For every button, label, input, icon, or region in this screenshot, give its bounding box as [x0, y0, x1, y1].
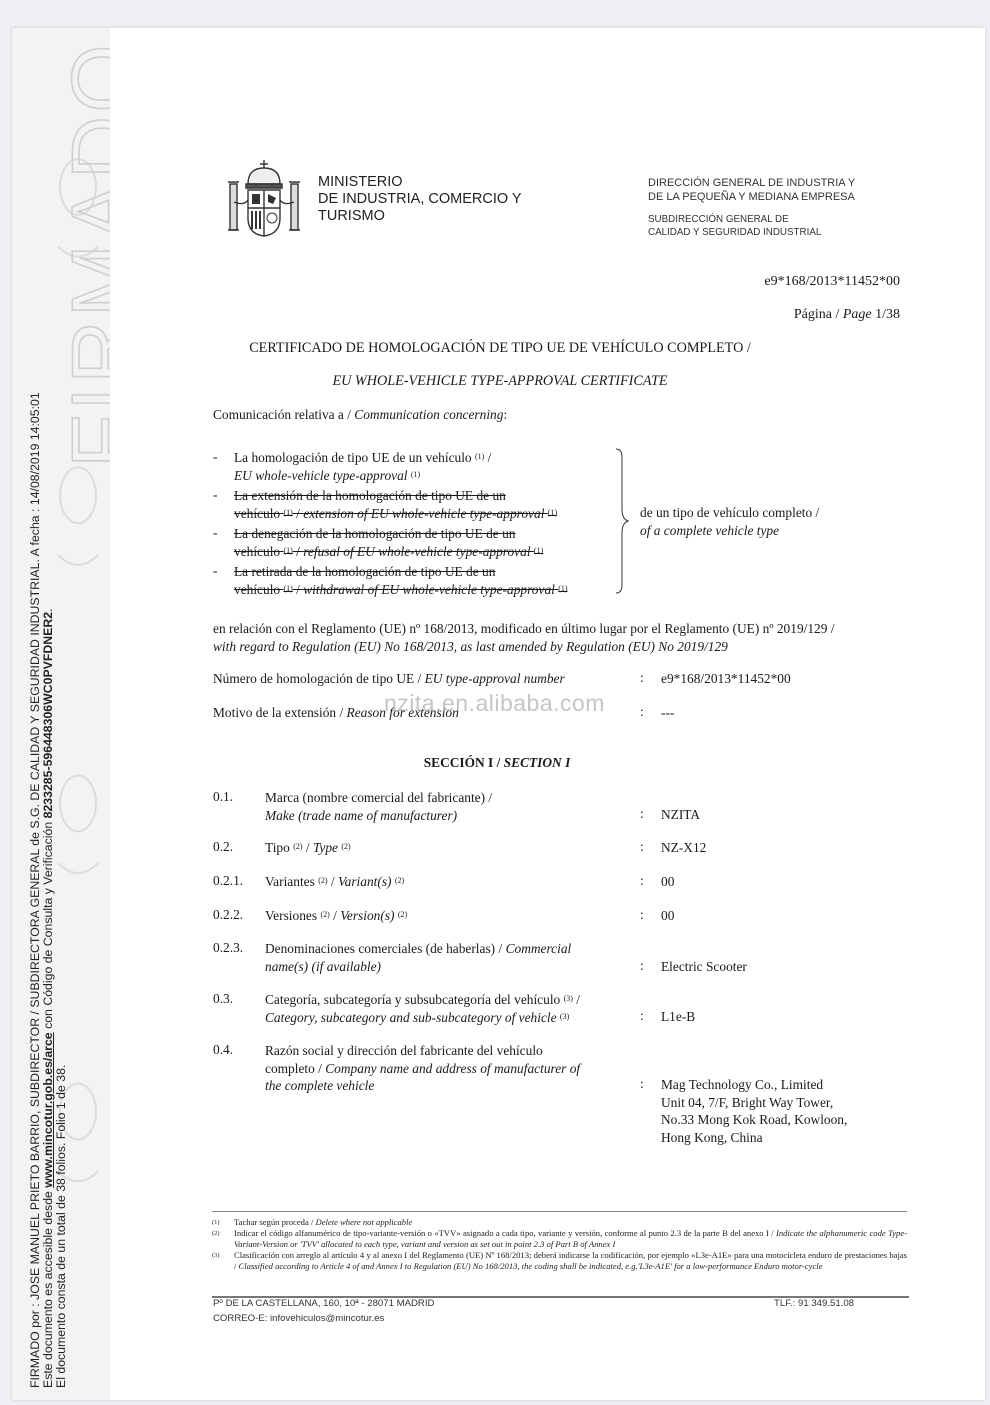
- footnote-2: (2)Indicar el código alfanumérico de tip…: [212, 1228, 907, 1250]
- option-withdrawal-struck: La retirada de la homologación de tipo U…: [234, 563, 568, 598]
- colon: :: [640, 670, 644, 686]
- footer-email: CORREO-E: infovehiculos@mincotur.es: [213, 1313, 384, 1324]
- item-number: 0.3.: [213, 991, 233, 1007]
- item-category-label: Categoría, subcategoría y subsubcategorí…: [265, 991, 625, 1026]
- colon: :: [640, 839, 644, 855]
- item-make-value: NZITA: [661, 806, 700, 824]
- certificate-title-es: CERTIFICADO DE HOMOLOGACIÓN DE TIPO UE D…: [0, 340, 990, 357]
- extension-reason-value: ---: [661, 704, 674, 722]
- item-variants-value: 00: [661, 873, 674, 891]
- verification-code: 8233285-596448306WC0PVFDNER2: [41, 612, 55, 818]
- footnote-divider: [212, 1211, 907, 1212]
- colon: :: [640, 907, 644, 923]
- footnote-3: (3)Clasificación con arreglo al artículo…: [212, 1250, 907, 1272]
- page-number: Página / Page 1/38: [794, 307, 900, 323]
- item-make-label: Marca (nombre comercial del fabricante) …: [265, 789, 625, 824]
- list-dash: -: [213, 563, 217, 579]
- item-number: 0.4.: [213, 1042, 233, 1058]
- list-dash: -: [213, 487, 217, 503]
- firmado-watermark: FIRMADO: [52, 41, 110, 468]
- colon: :: [640, 704, 644, 720]
- verification-link[interactable]: www.mincotur.gob.es/arce: [41, 1032, 55, 1187]
- reference-number: e9*168/2013*11452*00: [764, 274, 900, 290]
- item-number: 0.2.: [213, 839, 233, 855]
- ministry-name: MINISTERIODE INDUSTRIA, COMERCIO YTURISM…: [318, 174, 522, 225]
- item-commercial-name-value: Electric Scooter: [661, 958, 747, 976]
- colon: :: [640, 1076, 644, 1092]
- item-manufacturer-value: Mag Technology Co., LimitedUnit 04, 7/F,…: [661, 1076, 847, 1146]
- item-type-label: Tipo (2) / Type (2): [265, 839, 625, 857]
- signature-strip: FIRMADO FIRMADO por : JOSE MANUEL PRIETO…: [12, 28, 110, 1400]
- item-commercial-name-label: Denominaciones comerciales (de haberlas)…: [265, 940, 625, 975]
- regulation-statement: en relación con el Reglamento (UE) nº 16…: [213, 620, 835, 655]
- list-dash: -: [213, 525, 217, 541]
- list-dash: -: [213, 449, 217, 465]
- alibaba-watermark: nzita.en.alibaba.com: [384, 690, 605, 717]
- signature-line-3: El documento consta de un total de 38 fo…: [55, 1065, 68, 1388]
- item-number: 0.2.3.: [213, 940, 243, 956]
- colon: :: [640, 806, 644, 822]
- footer-phone: TLF.: 91 349.51.08: [774, 1298, 854, 1309]
- footnote-1: (1)Tachar según proceda / Delete where n…: [212, 1217, 907, 1228]
- document-page: FIRMADO FIRMADO por : JOSE MANUEL PRIETO…: [12, 28, 985, 1400]
- option-refusal-struck: La denegación de la homologación de tipo…: [234, 525, 543, 560]
- colon: :: [640, 1008, 644, 1024]
- item-versions-value: 00: [661, 907, 674, 925]
- section-heading: SECCIÓN I / SECTION I: [0, 754, 990, 772]
- approval-number-value: e9*168/2013*11452*00: [661, 670, 791, 688]
- complete-vehicle-type: de un tipo de vehículo completo / of a c…: [640, 504, 819, 539]
- communication-label: Comunicación relativa a / Communication …: [213, 406, 507, 424]
- certificate-title-en: EU WHOLE-VEHICLE TYPE-APPROVAL CERTIFICA…: [0, 373, 990, 390]
- curly-brace-icon: [615, 448, 629, 594]
- footer-address: Pº DE LA CASTELLANA, 160, 10ª - 28071 MA…: [213, 1298, 434, 1309]
- colon: :: [640, 873, 644, 889]
- item-number: 0.1.: [213, 789, 233, 805]
- approval-number-label: Número de homologación de tipo UE / EU t…: [213, 670, 565, 688]
- item-versions-label: Versiones (2) / Version(s) (2): [265, 907, 625, 925]
- item-number: 0.2.2.: [213, 907, 243, 923]
- item-category-value: L1e-B: [661, 1008, 695, 1026]
- colon: :: [640, 958, 644, 974]
- spain-coat-of-arms-icon: [224, 158, 304, 240]
- directorate-general: DIRECCIÓN GENERAL DE INDUSTRIA YDE LA PE…: [648, 176, 855, 204]
- item-variants-label: Variantes (2) / Variant(s) (2): [265, 873, 625, 891]
- item-manufacturer-label: Razón social y dirección del fabricante …: [265, 1042, 625, 1095]
- subdirectorate-general: SUBDIRECCIÓN GENERAL DECALIDAD Y SEGURID…: [648, 214, 821, 239]
- item-type-value: NZ-X12: [661, 839, 706, 857]
- item-number: 0.2.1.: [213, 873, 243, 889]
- option-type-approval: La homologación de tipo UE de un vehícul…: [234, 449, 491, 484]
- option-extension-struck: La extensión de la homologación de tipo …: [234, 487, 557, 522]
